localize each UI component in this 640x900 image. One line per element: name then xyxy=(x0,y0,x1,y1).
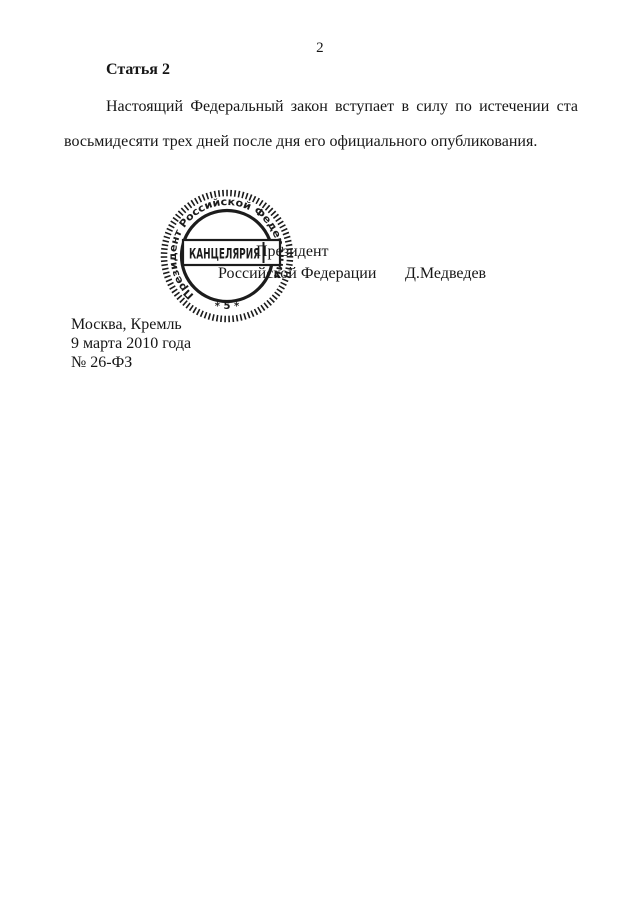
stamp-center-label: КАНЦЕЛЯРИЯ xyxy=(189,247,260,263)
footer-doc-number: № 26-ФЗ xyxy=(71,354,191,373)
article-heading: Статья 2 xyxy=(106,61,170,79)
signature-name: Д.Медведев xyxy=(405,265,486,283)
article-body-line-2: восьмидесяти трех дней после дня его офи… xyxy=(64,133,578,151)
footer-place: Москва, Кремль xyxy=(71,316,191,335)
signature-title-line-1: Президент xyxy=(256,243,329,261)
page-number: 2 xyxy=(0,40,640,57)
signature-title-line-2: Российской Федерации xyxy=(218,265,376,283)
article-body-line-1: Настоящий Федеральный закон вступает в с… xyxy=(64,98,578,116)
footer-date: 9 марта 2010 года xyxy=(71,335,191,354)
stamp-bottom-text: * 5 * xyxy=(215,301,240,312)
document-footer: Москва, Кремль 9 марта 2010 года № 26-ФЗ xyxy=(71,316,191,372)
document-page: 2 Статья 2 Настоящий Федеральный закон в… xyxy=(0,0,640,900)
